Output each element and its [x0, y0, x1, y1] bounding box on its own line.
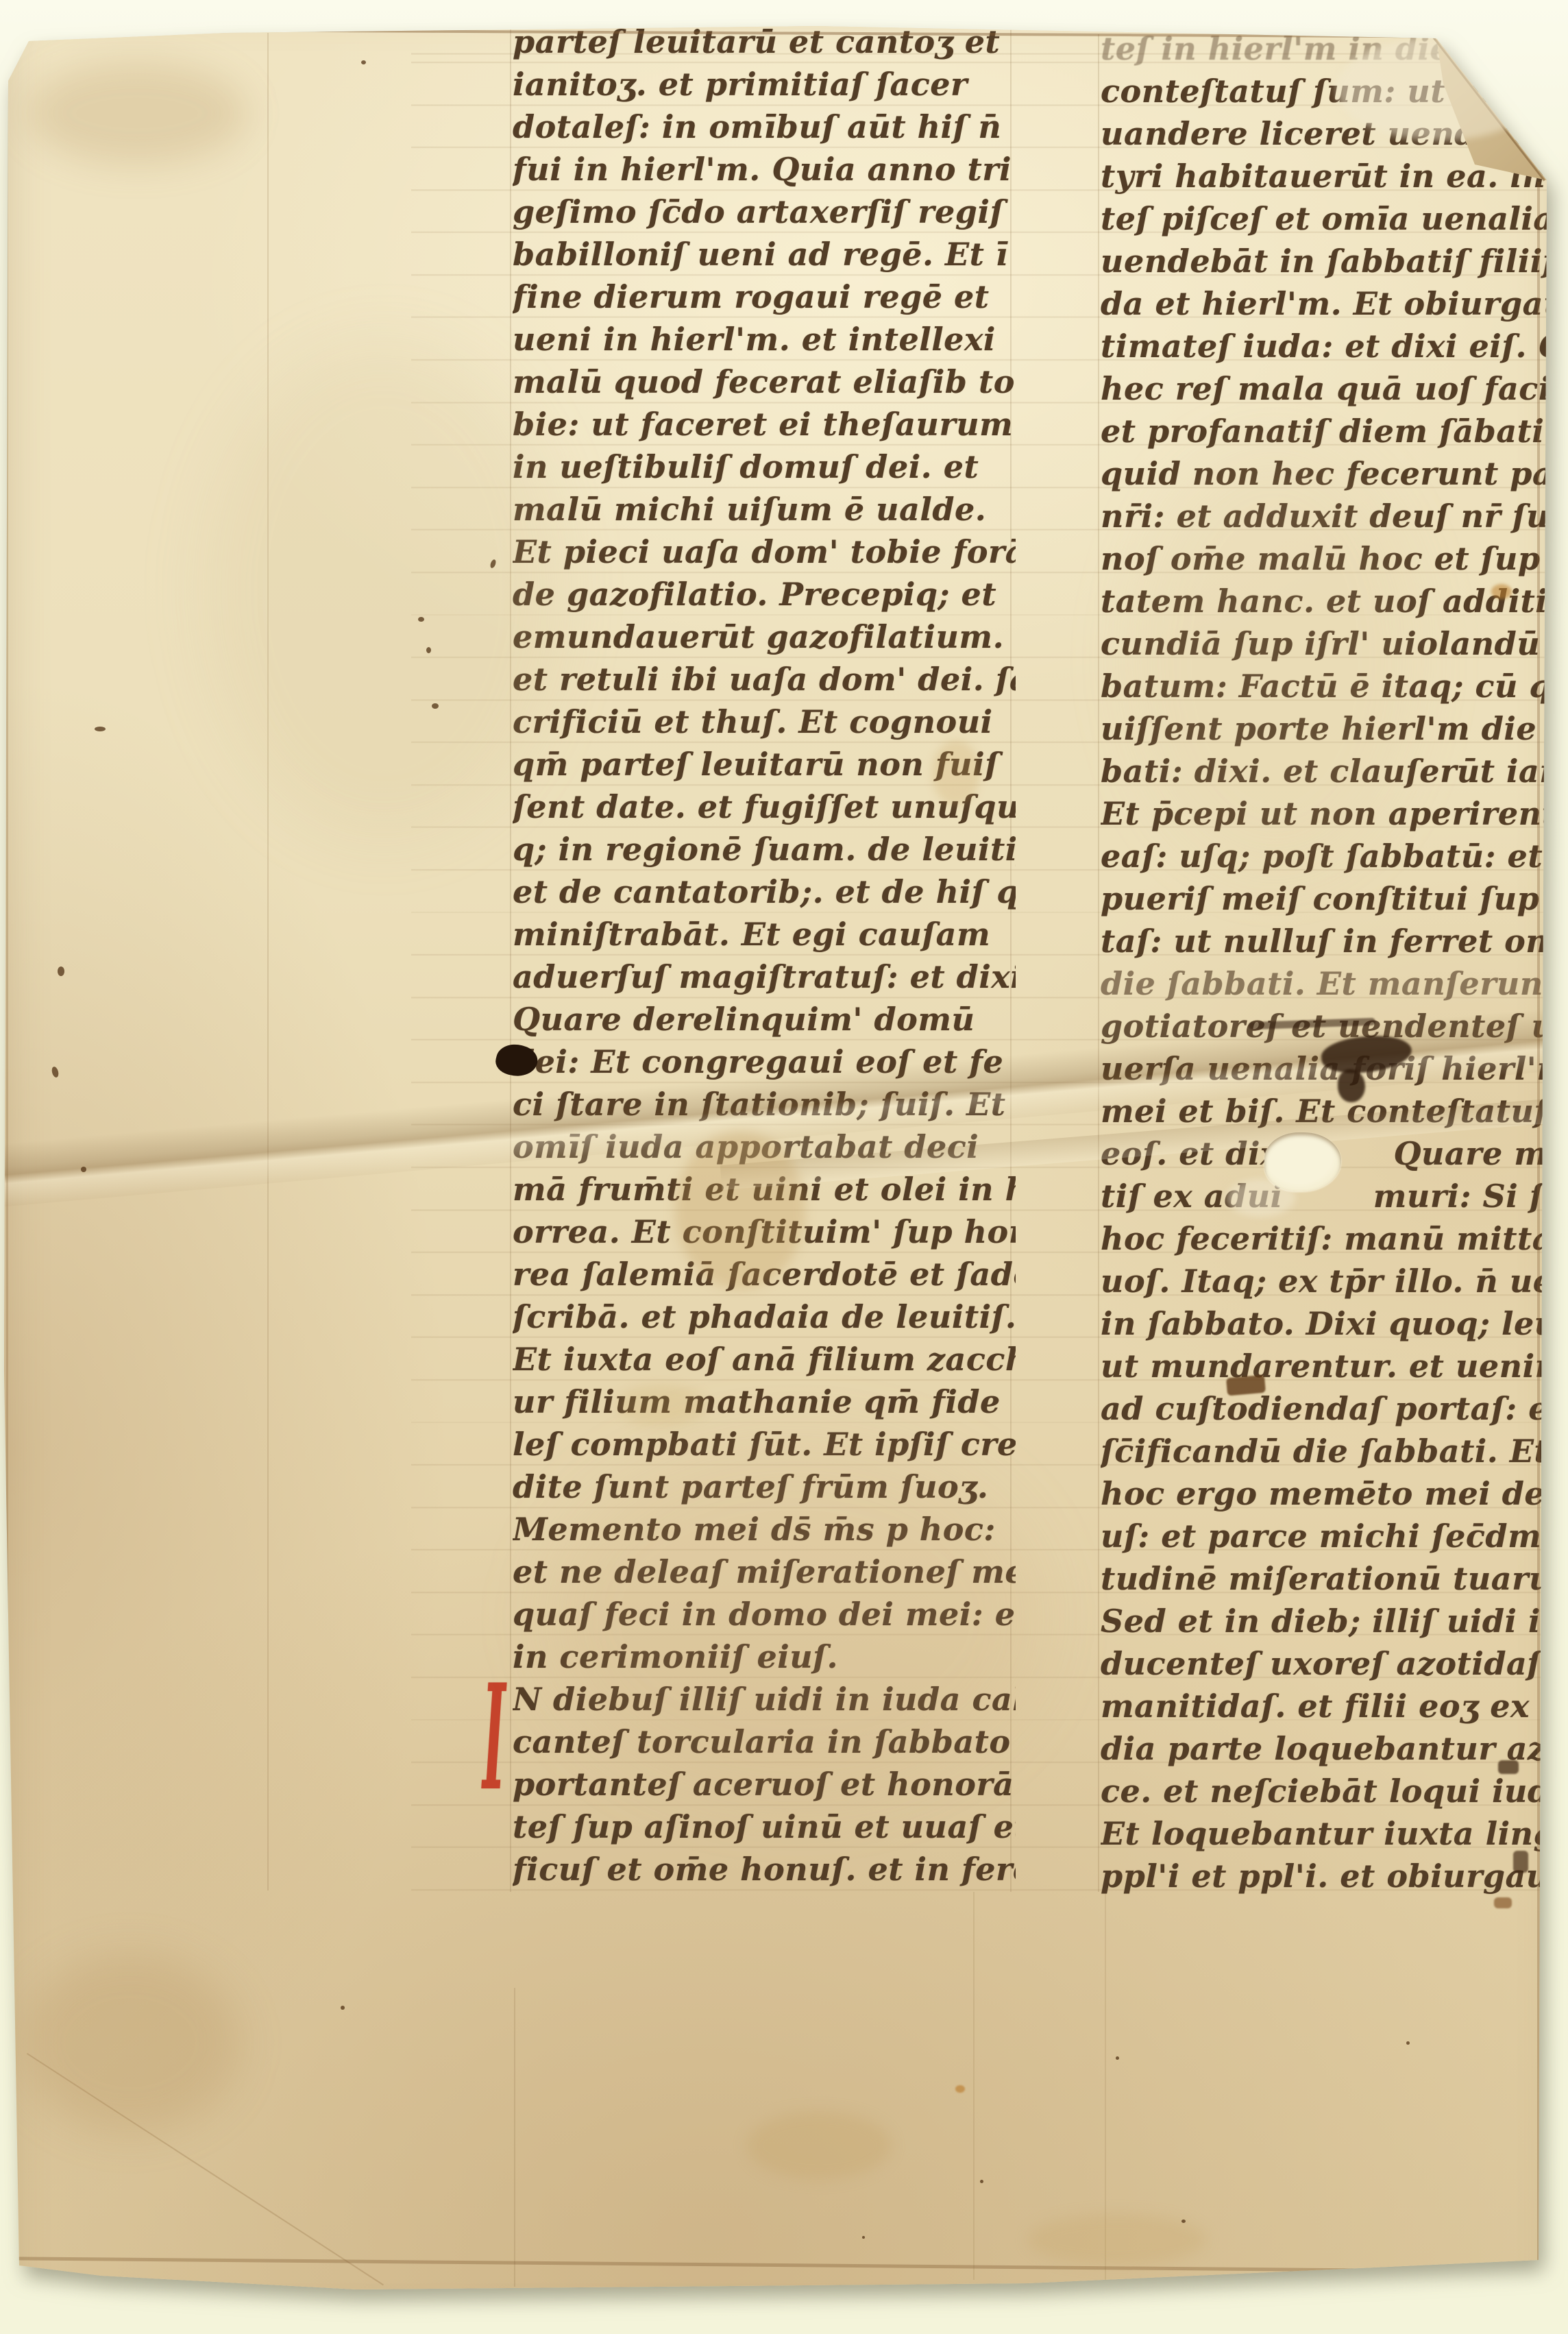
manuscript-line: Quare derelinquim' domū	[513, 998, 1016, 1041]
manuscript-line: uoſ. Itaq; ex tp̄r illo. n̄ uene	[1101, 1260, 1547, 1302]
manuscript-line: parteſ leuitarū et cantoʒ et	[513, 21, 1016, 63]
manuscript-line: q; in regionē ſuam. de leuitiſ	[513, 828, 1016, 871]
corner-darkening	[21, 1954, 240, 2132]
fold-line-vertical	[973, 1892, 975, 2280]
manuscript-line: ianitoʒ. et primitiaſ ſacer	[513, 63, 1016, 106]
manuscript-line: ur filium mathanie qm̄ fide	[513, 1381, 1016, 1423]
ink-blot-small	[1226, 1375, 1266, 1396]
manuscript-line: et de cantatorib;. et de hiſ qui	[513, 871, 1016, 913]
speck	[1116, 2056, 1119, 2060]
speck	[426, 647, 431, 653]
speck	[95, 727, 106, 731]
manuscript-line: hoc ergo memēto mei deuſ m	[1101, 1472, 1547, 1515]
text-column-right: teſ in hierl'm in die ſabbaconteſtatuſ ſ…	[1101, 27, 1547, 1899]
manuscript-line: ſcribā. et phadaia de leuitiſ.	[513, 1296, 1016, 1338]
speck	[51, 1066, 60, 1078]
rust-spot	[955, 2085, 965, 2093]
manuscript-line: hoc feceritiſ: manū mittam	[1101, 1217, 1547, 1260]
manuscript-line: dotaleſ: in omībuſ aūt hiſ n̄	[513, 106, 1016, 148]
manuscript-line: manitidaſ. et filii eoʒ ex m	[1101, 1685, 1547, 1727]
speck	[418, 617, 424, 622]
stain	[932, 740, 980, 805]
manuscript-line: Et pieci uaſa dom' tobie forā	[513, 531, 1016, 573]
parchment-mottling	[1131, 446, 1419, 871]
manuscript-line: Sed et in dieb; illiſ uidi iude	[1101, 1600, 1547, 1642]
photograph-of-manuscript-leaf: parteſ leuitarū et cantoʒ etianitoʒ. et …	[0, 0, 1568, 2334]
speck	[862, 2236, 865, 2239]
page-edge-right	[1537, 182, 1540, 2262]
manuscript-line: taſ: ut nulluſ in ferret onuſ	[1101, 920, 1547, 962]
manuscript-line: ſc̄ificandū die ſabbati. Et p	[1101, 1430, 1547, 1472]
parchment-leaf: parteſ leuitarū et cantoʒ etianitoʒ. et …	[0, 0, 1568, 2334]
manuscript-line: fui in hierl'm. Quia anno tri	[513, 148, 1016, 191]
manuscript-line: et profanatiſ diem ſābati:	[1101, 410, 1547, 452]
manuscript-line: ad cuſtodiendaſ portaſ: et	[1101, 1387, 1547, 1430]
manuscript-line: ce. et neſciebāt loqui iudai	[1101, 1770, 1547, 1812]
manuscript-line: bie: ut faceret ei theſaurum	[513, 403, 1016, 446]
manuscript-line: hec reſ mala quā uoſ facitiſ	[1101, 367, 1547, 410]
speck	[1406, 2041, 1410, 2045]
edge-smudge	[1513, 1851, 1528, 1873]
stain	[1028, 2214, 1206, 2265]
page-edge-left	[6, 82, 8, 2265]
edge-smudge	[1498, 1760, 1519, 1774]
speck	[58, 967, 64, 976]
manuscript-line: de gazofilatio. Precepiq; et	[513, 573, 1016, 616]
manuscript-line: Et iuxta eoſ anā filium zacch	[513, 1338, 1016, 1381]
parchment-mottling	[548, 1439, 1042, 1796]
manuscript-line: teſ piſceſ et omīa uenalia. E	[1101, 197, 1547, 240]
speck	[81, 1167, 86, 1172]
stain	[617, 1385, 706, 1426]
manuscript-line: tudinē miſerationū tuaru	[1101, 1557, 1547, 1600]
manuscript-line: malū michi uiſum ē ualde.	[513, 488, 1016, 531]
manuscript-line: ficuſ et om̄e honuſ. et in feren	[513, 1848, 1016, 1891]
ruling-line-vertical	[1098, 34, 1099, 1892]
manuscript-line: fine dierum rogaui regē et	[513, 276, 1016, 318]
rubricated-initial-I: I	[482, 1664, 493, 1811]
manuscript-line: ut mundarentur. et uenir	[1101, 1345, 1547, 1387]
manuscript-line: dia parte loquebantur azo	[1101, 1727, 1547, 1770]
ruling-line-vertical	[267, 33, 269, 1891]
manuscript-line: uſ: et parce michi ſec̄dm mul	[1101, 1515, 1547, 1557]
manuscript-line: geſimo ſc̄do artaxerſiſ regiſ	[513, 191, 1016, 233]
manuscript-line: teſ ſup aſinoſ uinū et uuaſ et	[513, 1806, 1016, 1848]
parchment-shadow-wrap: parteſ leuitarū et cantoʒ etianitoʒ. et …	[0, 0, 1568, 2334]
fold-line-vertical	[514, 1988, 515, 2287]
speck	[980, 2180, 983, 2183]
manuscript-line: da et hierl'm. Et obiurgaui	[1101, 282, 1547, 325]
manuscript-line: ppl'i et ppl'i. et obiurgaui e	[1101, 1855, 1547, 1897]
stain	[675, 1131, 805, 1289]
edge-smudge	[1494, 1897, 1512, 1908]
rust-spot	[1491, 584, 1512, 599]
ink-smear-drip	[1338, 1069, 1365, 1102]
manuscript-line: pueriſ meiſ conſtitui ſup p	[1101, 877, 1547, 920]
manuscript-line: Et loquebantur iuxta ling	[1101, 1812, 1547, 1855]
speck	[361, 60, 366, 64]
manuscript-line: babilloniſ ueni ad regē. Et ī	[513, 233, 1016, 276]
manuscript-line: in ſabbato. Dixi quoq; leuit	[1101, 1302, 1547, 1345]
speck	[1181, 2220, 1186, 2223]
manuscript-line: die ſabbati. Et manſerunt	[1101, 962, 1547, 1005]
manuscript-line: crificiū et thuſ. Et cognoui	[513, 701, 1016, 743]
speck	[341, 2006, 345, 2010]
speck	[432, 703, 439, 709]
manuscript-line: aduerſuſ magiſtratuſ: et dixi.	[513, 956, 1016, 998]
corner-darkening	[27, 62, 247, 165]
manuscript-line: uendebāt in ſabbatiſ filiiſ iu	[1101, 240, 1547, 282]
manuscript-line: malū quod fecerat eliaſib to	[513, 361, 1016, 403]
manuscript-line: in ueſtibuliſ domuſ dei. et	[513, 446, 1016, 488]
manuscript-line: et retuli ibi uaſa dom' dei. ſa	[513, 658, 1016, 701]
faded-ink-patch	[1336, 38, 1542, 141]
manuscript-line: miniſtrabāt. Et egi cauſam	[513, 913, 1016, 956]
stain	[747, 2111, 891, 2180]
manuscript-line: timateſ iuda: et dixi eiſ. Qu	[1101, 325, 1547, 367]
manuscript-line: ducenteſ uxoreſ azotidaſ. am	[1101, 1642, 1547, 1685]
ruling-line-vertical	[510, 27, 511, 1892]
page-edge-bottom	[18, 2257, 1538, 2273]
parchment-mottling	[206, 343, 562, 836]
manuscript-line: ueni in hierl'm. et intellexi	[513, 318, 1016, 361]
manuscript-line: emundauerūt gazofilatium.	[513, 616, 1016, 658]
